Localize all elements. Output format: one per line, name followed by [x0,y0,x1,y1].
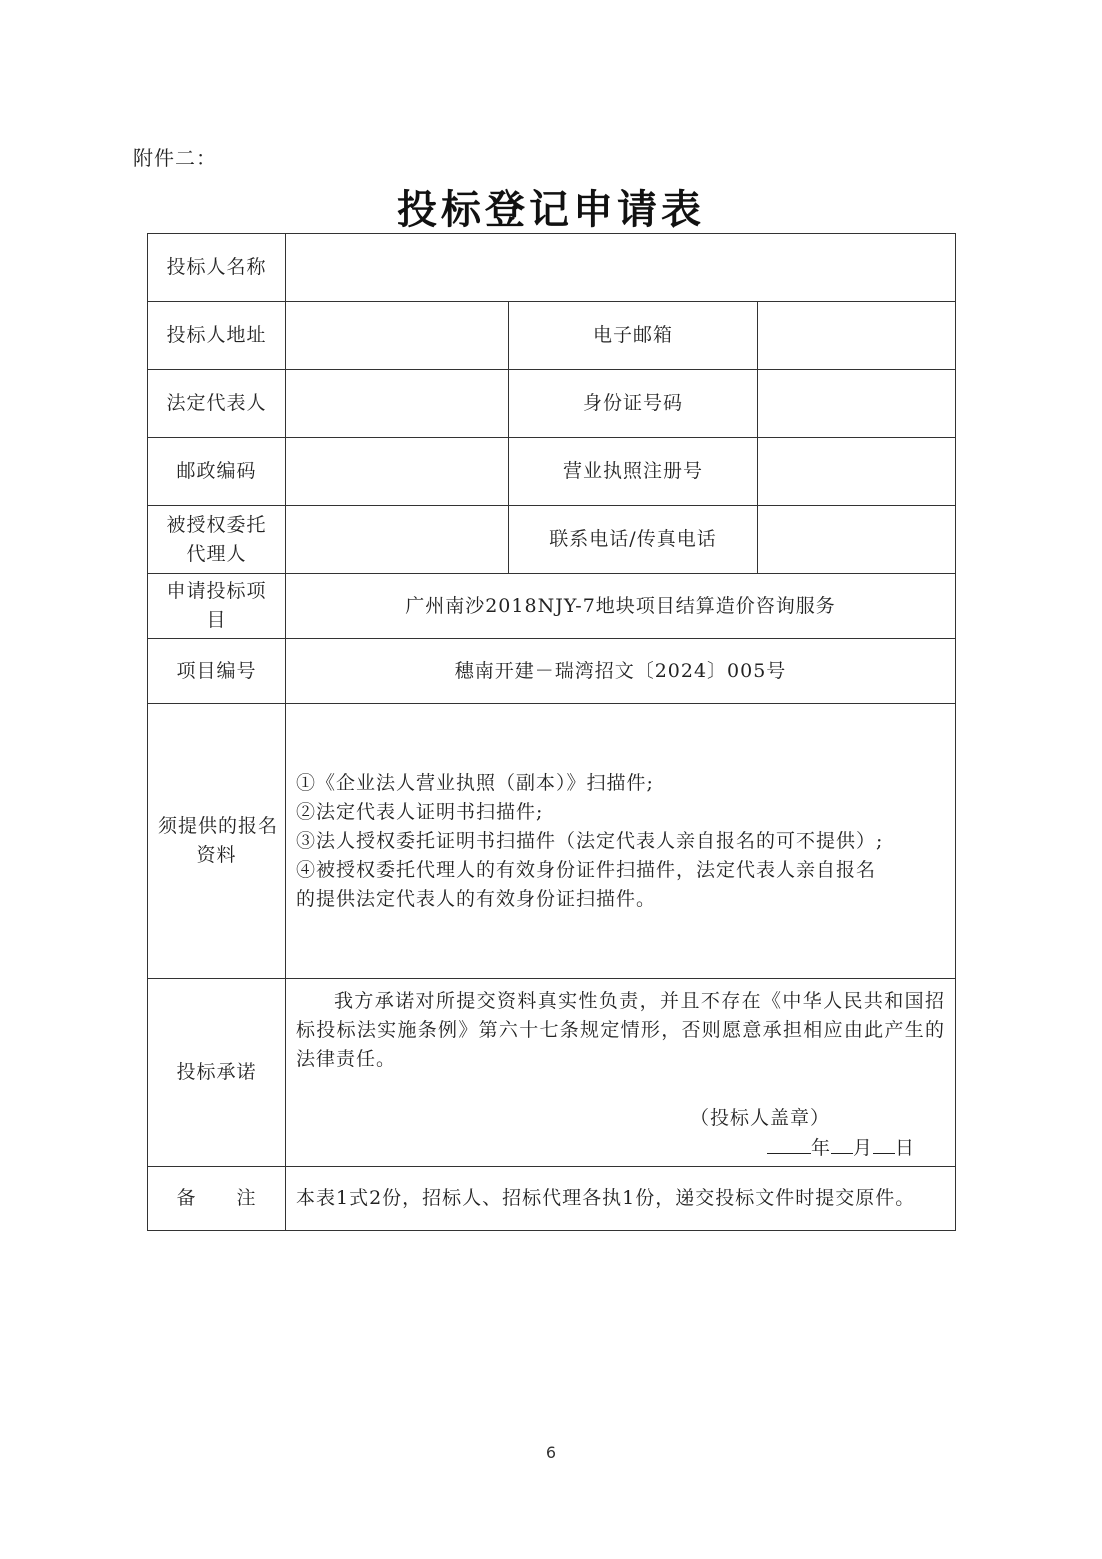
project-number-label: 项目编号 [148,639,286,704]
email-label: 电子邮箱 [509,302,758,370]
phone-fax-label: 联系电话/传真电话 [509,506,758,574]
date-line: 年月日 [296,1133,945,1163]
day-label: 日 [895,1137,915,1159]
table-row: 被授权委托 代理人 联系电话/传真电话 [148,506,956,574]
month-blank[interactable] [831,1133,853,1154]
commitment-label: 投标承诺 [148,979,286,1167]
table-row: 法定代表人 身份证号码 [148,370,956,438]
legal-rep-field[interactable] [286,370,509,438]
remarks-label: 备 注 [148,1167,286,1231]
attachment-label: 附件二： [133,142,217,171]
authorized-agent-field[interactable] [286,506,509,574]
materials-list: ①《企业法人营业执照（副本）》扫描件; ②法定代表人证明书扫描件; ③法人授权委… [286,704,956,979]
project-number-value: 穗南开建－瑞湾招文〔2024〕005号 [286,639,956,704]
commitment-text: 我方承诺对所提交资料真实性负责，并且不存在《中华人民共和国招标投标法实施条例》第… [296,987,945,1074]
month-label: 月 [853,1137,873,1159]
seal-note: （投标人盖章） [296,1104,945,1133]
project-value: 广州南沙2018NJY-7地块项目结算造价咨询服务 [286,574,956,639]
table-row: 申请投标项目 广州南沙2018NJY-7地块项目结算造价咨询服务 [148,574,956,639]
page-title: 投标登记申请表 [0,178,1102,235]
id-number-label: 身份证号码 [509,370,758,438]
email-field[interactable] [758,302,956,370]
registration-form-table: 投标人名称 投标人地址 电子邮箱 法定代表人 身份证号码 邮政编码 营业执照注册… [147,233,956,1231]
table-row: 项目编号 穗南开建－瑞湾招文〔2024〕005号 [148,639,956,704]
bidder-name-field[interactable] [286,234,956,302]
business-license-field[interactable] [758,438,956,506]
legal-rep-label: 法定代表人 [148,370,286,438]
materials-item: 的提供法定代表人的有效身份证扫描件。 [296,885,945,914]
materials-label-line2: 资料 [158,841,275,870]
year-blank[interactable] [767,1133,811,1154]
table-row: 投标人名称 [148,234,956,302]
page-number: 6 [0,1443,1102,1462]
materials-item: ②法定代表人证明书扫描件; [296,798,945,827]
phone-fax-field[interactable] [758,506,956,574]
table-row: 投标人地址 电子邮箱 [148,302,956,370]
materials-item: ③法人授权委托证明书扫描件（法定代表人亲自报名的可不提供）; [296,827,945,856]
authorized-agent-label-line2: 代理人 [158,540,275,569]
authorized-agent-label: 被授权委托 代理人 [148,506,286,574]
bidder-address-field[interactable] [286,302,509,370]
materials-label-line1: 须提供的报名 [158,812,275,841]
business-license-label: 营业执照注册号 [509,438,758,506]
day-blank[interactable] [873,1133,895,1154]
remarks-text: 本表1式2份，招标人、招标代理各执1份，递交投标文件时提交原件。 [286,1167,956,1231]
project-label: 申请投标项目 [148,574,286,639]
materials-item: ④被授权委托代理人的有效身份证件扫描件，法定代表人亲自报名 [296,856,945,885]
materials-label: 须提供的报名 资料 [148,704,286,979]
authorized-agent-label-line1: 被授权委托 [158,511,275,540]
postal-code-label: 邮政编码 [148,438,286,506]
materials-item: ①《企业法人营业执照（副本）》扫描件; [296,769,945,798]
bidder-name-label: 投标人名称 [148,234,286,302]
year-label: 年 [811,1137,831,1159]
bidder-address-label: 投标人地址 [148,302,286,370]
table-row: 须提供的报名 资料 ①《企业法人营业执照（副本）》扫描件; ②法定代表人证明书扫… [148,704,956,979]
table-row: 投标承诺 我方承诺对所提交资料真实性负责，并且不存在《中华人民共和国招标投标法实… [148,979,956,1167]
table-row: 备 注 本表1式2份，招标人、招标代理各执1份，递交投标文件时提交原件。 [148,1167,956,1231]
postal-code-field[interactable] [286,438,509,506]
table-row: 邮政编码 营业执照注册号 [148,438,956,506]
id-number-field[interactable] [758,370,956,438]
commitment-cell: 我方承诺对所提交资料真实性负责，并且不存在《中华人民共和国招标投标法实施条例》第… [286,979,956,1167]
